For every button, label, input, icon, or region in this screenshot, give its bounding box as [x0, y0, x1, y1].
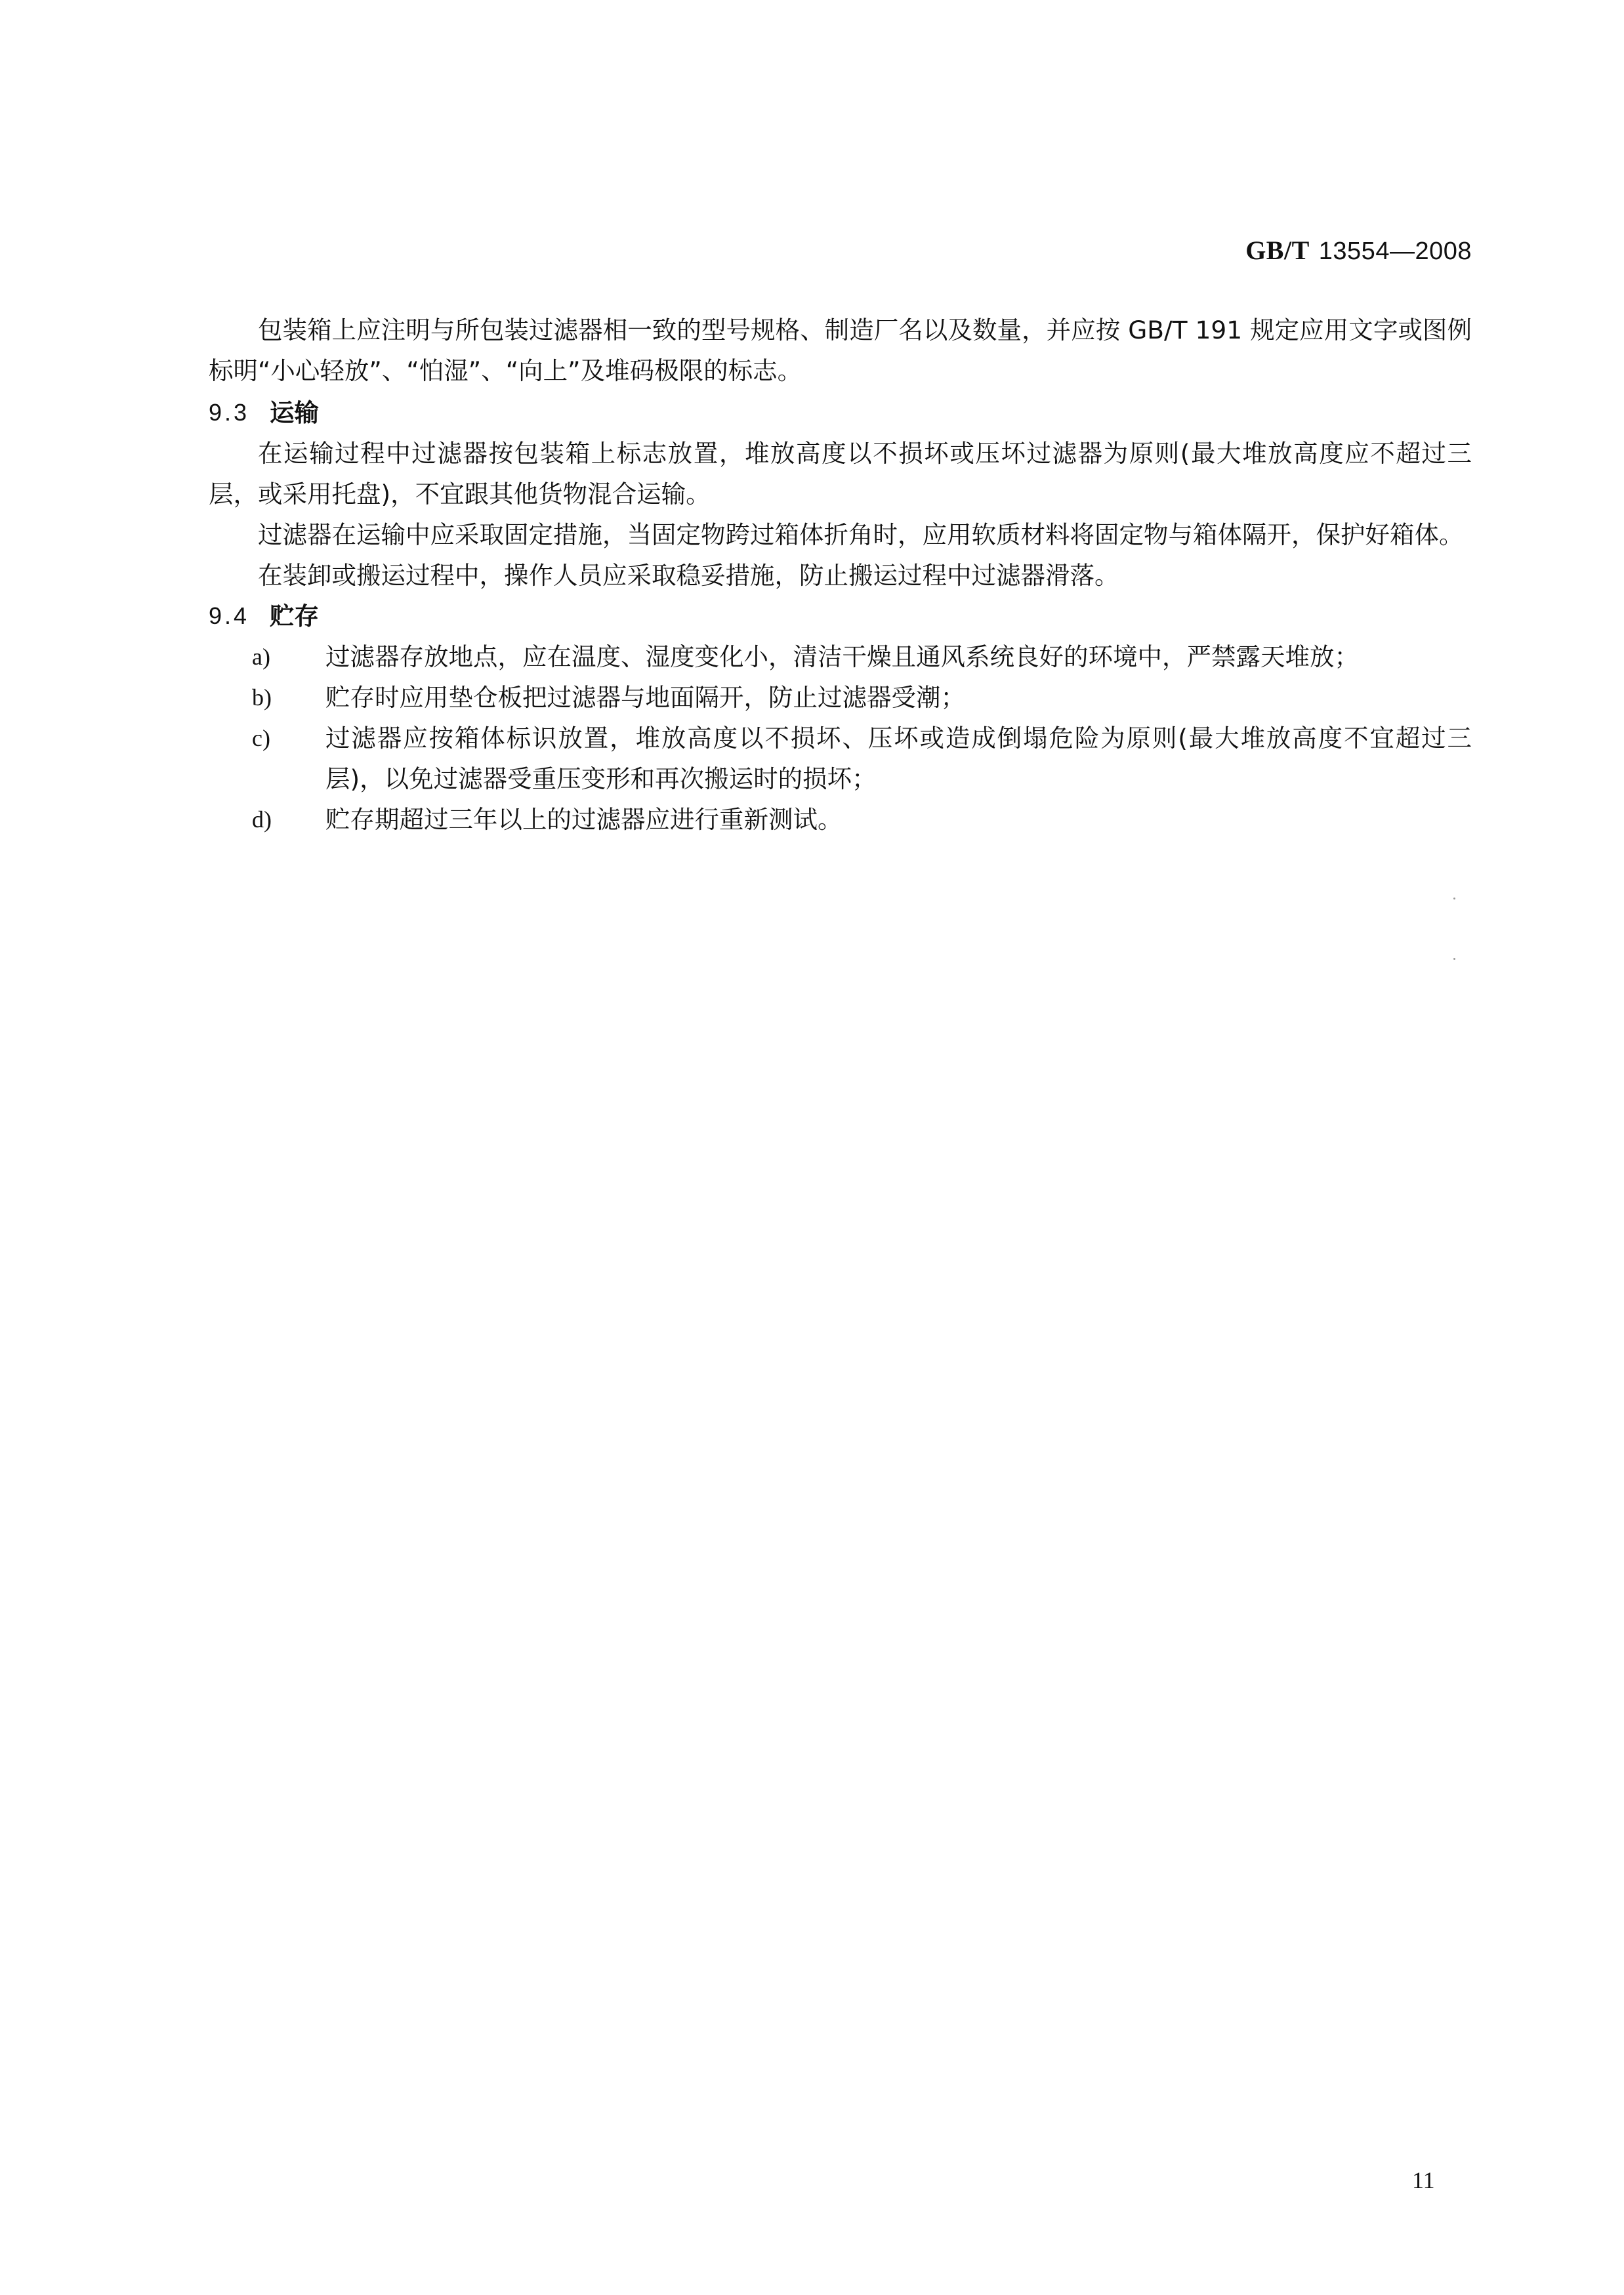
list-text: 贮存期超过三年以上的过滤器应进行重新测试。: [325, 799, 1472, 840]
list-marker: a): [209, 636, 325, 677]
paragraph: 在装卸或搬运过程中，操作人员应采取稳妥措施，防止搬运过程中过滤器滑落。: [209, 555, 1472, 596]
list-text: 过滤器应按箱体标识放置，堆放高度以不损坏、压坏或造成倒塌危险为原则(最大堆放高度…: [325, 718, 1472, 799]
standard-prefix: GB/T: [1245, 236, 1310, 265]
scan-speck: [1453, 898, 1455, 899]
paragraph: 过滤器在运输中应采取固定措施，当固定物跨过箱体折角时，应用软质材料将固定物与箱体…: [209, 514, 1472, 555]
section-number: 9.3: [209, 392, 258, 433]
section-title: 贮存: [270, 596, 319, 636]
list-item: a) 过滤器存放地点，应在温度、湿度变化小，清洁干燥且通风系统良好的环境中，严禁…: [209, 636, 1472, 677]
section-heading-9-3: 9.3 运输: [209, 392, 1472, 433]
list-marker: d): [209, 799, 325, 840]
scan-speck: [1453, 958, 1455, 960]
paragraph: 在运输过程中过滤器按包装箱上标志放置，堆放高度以不损坏或压坏过滤器为原则(最大堆…: [209, 433, 1472, 514]
intro-paragraph: 包装箱上应注明与所包装过滤器相一致的型号规格、制造厂名以及数量，并应按 GB/T…: [209, 310, 1472, 391]
list-marker: c): [209, 718, 325, 799]
list-marker: b): [209, 677, 325, 718]
list-text: 过滤器存放地点，应在温度、湿度变化小，清洁干燥且通风系统良好的环境中，严禁露天堆…: [325, 636, 1472, 677]
standard-header: GB/T13554—2008: [1245, 235, 1472, 266]
list-item: b) 贮存时应用垫仓板把过滤器与地面隔开，防止过滤器受潮；: [209, 677, 1472, 718]
list-item: c) 过滤器应按箱体标识放置，堆放高度以不损坏、压坏或造成倒塌危险为原则(最大堆…: [209, 718, 1472, 799]
list-item: d) 贮存期超过三年以上的过滤器应进行重新测试。: [209, 799, 1472, 840]
section-title: 运输: [270, 392, 319, 433]
list-text: 贮存时应用垫仓板把过滤器与地面隔开，防止过滤器受潮；: [325, 677, 1472, 718]
section-number: 9.4: [209, 596, 258, 636]
document-body: 包装箱上应注明与所包装过滤器相一致的型号规格、制造厂名以及数量，并应按 GB/T…: [209, 310, 1472, 840]
section-heading-9-4: 9.4 贮存: [209, 596, 1472, 636]
page-number: 11: [1412, 2166, 1435, 2194]
standard-number: 13554—2008: [1319, 238, 1472, 265]
